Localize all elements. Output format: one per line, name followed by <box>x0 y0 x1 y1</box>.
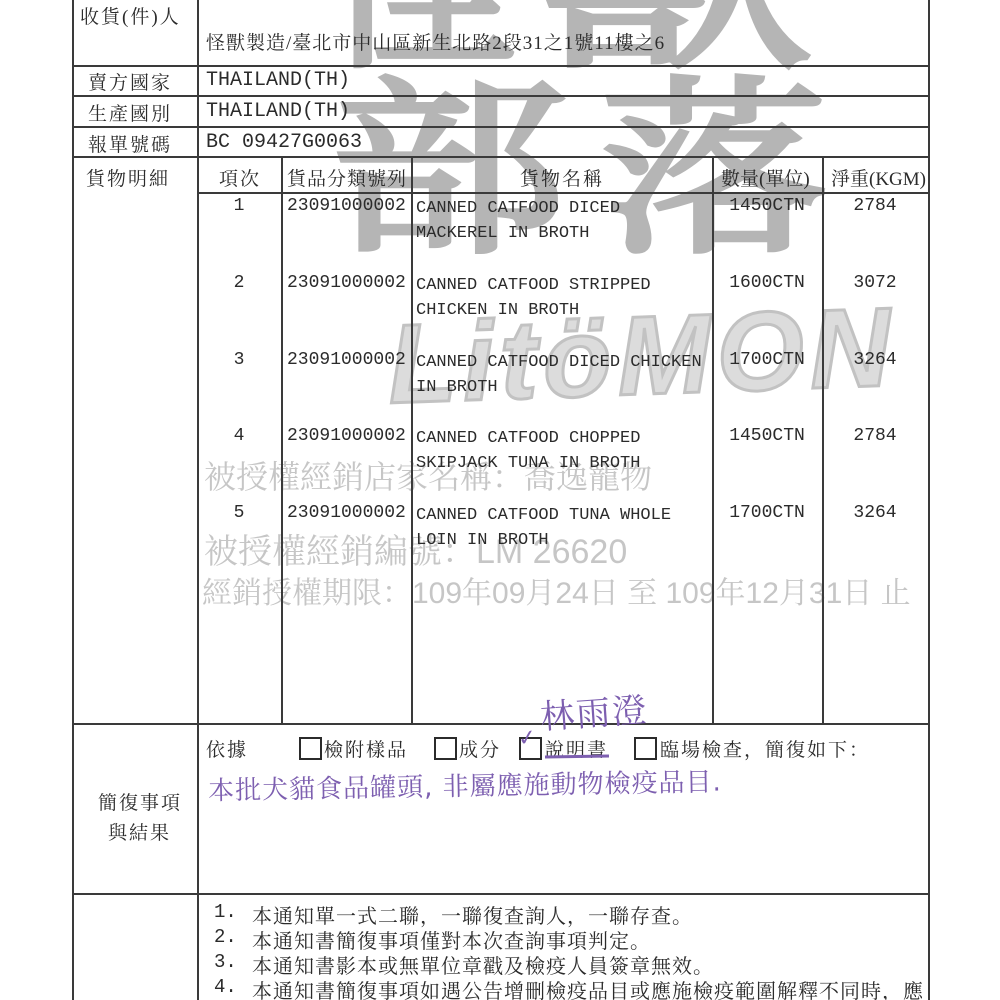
seller-country-label: 賣方國家 <box>88 68 172 95</box>
item-name: CANNED CATFOOD TUNA WHOLE LOIN IN BROTH <box>416 503 706 553</box>
form-right-border <box>928 0 930 1000</box>
goods-header-divider <box>197 192 930 194</box>
seller-country-value: THAILAND(TH) <box>206 69 350 92</box>
checkbox-ingredient[interactable] <box>434 737 457 760</box>
item-weight: 3072 <box>822 273 928 293</box>
label-column-divider <box>197 0 199 1000</box>
goods-col-header-no: 項次 <box>219 164 261 191</box>
item-code: 23091000002 <box>287 426 406 446</box>
row-divider-seller <box>72 95 930 97</box>
consignee-label: 收貨(件)人 <box>80 2 181 29</box>
row-divider-origin <box>72 126 930 128</box>
item-weight: 2784 <box>822 196 928 216</box>
item-weight: 2784 <box>822 426 928 446</box>
item-weight: 3264 <box>822 503 928 523</box>
goods-col-header-weight: 淨重(KGM) <box>831 164 926 191</box>
checkbox-ingredient-label: 成分 <box>459 735 501 762</box>
item-code: 23091000002 <box>287 196 406 216</box>
item-name: CANNED CATFOOD STRIPPED CHICKEN IN BROTH <box>416 273 706 323</box>
item-no: 2 <box>197 273 281 293</box>
item-no: 3 <box>197 350 281 370</box>
note-number: 1. <box>214 901 237 923</box>
goods-col-header-qty: 數量(單位) <box>721 164 810 191</box>
form-left-border <box>72 0 74 1000</box>
origin-country-value: THAILAND(TH) <box>206 100 350 123</box>
review-bottom-divider <box>72 893 930 895</box>
note-text: 本通知書簡復事項如遇公告增刪檢疫品目或應施檢疫範圍解釋不同時，應 <box>252 975 924 1000</box>
quarantine-notice-document: { "form": { "consignee": { "label": "收貨(… <box>0 0 1000 1000</box>
item-qty: 1700CTN <box>712 503 822 523</box>
watermark-license-period-line: 經銷授權期限：109年09月24日 至 109年12月31日 止 <box>202 568 911 612</box>
basis-label: 依據 <box>206 735 248 762</box>
goods-col-header-name: 貨物名稱 <box>520 164 604 191</box>
item-weight: 3264 <box>822 350 928 370</box>
item-code: 23091000002 <box>287 350 406 370</box>
review-section-label-line1: 簡復事項 <box>98 788 182 815</box>
item-no: 5 <box>197 503 281 523</box>
goods-bottom-divider <box>72 723 930 725</box>
item-qty: 1450CTN <box>712 426 822 446</box>
goods-section-label: 貨物明細 <box>86 164 170 191</box>
declaration-no-label: 報單號碼 <box>88 130 172 157</box>
item-code: 23091000002 <box>287 273 406 293</box>
note-number: 2. <box>214 926 237 948</box>
item-no: 4 <box>197 426 281 446</box>
item-code: 23091000002 <box>287 503 406 523</box>
review-section-label-line2: 與結果 <box>108 818 171 845</box>
row-divider-consignee <box>72 65 930 67</box>
item-no: 1 <box>197 196 281 216</box>
item-name: CANNED CATFOOD CHOPPED SKIPJACK TUNA IN … <box>416 426 706 476</box>
row-divider-declaration <box>72 156 930 158</box>
origin-country-label: 生產國別 <box>88 99 172 126</box>
consignee-value: 怪獸製造/臺北市中山區新生北路2段31之1號11樓之6 <box>206 28 665 55</box>
goods-col-divider-2 <box>411 157 413 723</box>
goods-col-divider-1 <box>281 157 283 723</box>
note-number: 4. <box>214 976 237 998</box>
goods-col-header-code: 貨品分類號列 <box>287 164 407 191</box>
checkbox-onsite-label: 臨場檢查，簡復如下： <box>660 735 870 762</box>
handwritten-signature: 林雨澄 <box>538 682 649 738</box>
item-name: CANNED CATFOOD DICED MACKEREL IN BROTH <box>416 196 706 246</box>
checkbox-onsite[interactable] <box>634 737 657 760</box>
item-qty: 1600CTN <box>712 273 822 293</box>
note-number: 3. <box>214 951 237 973</box>
item-qty: 1450CTN <box>712 196 822 216</box>
item-qty: 1700CTN <box>712 350 822 370</box>
checkbox-sample[interactable] <box>299 737 322 760</box>
declaration-no-value: BC 09427G0063 <box>206 131 362 154</box>
checkbox-sample-label: 檢附樣品 <box>324 735 408 762</box>
handwritten-review-note: 本批犬貓食品罐頭, 非屬應施動物檢疫品目. <box>208 762 722 808</box>
item-name: CANNED CATFOOD DICED CHICKEN IN BROTH <box>416 350 706 400</box>
checkbox-check-mark: ✓ <box>516 725 538 752</box>
